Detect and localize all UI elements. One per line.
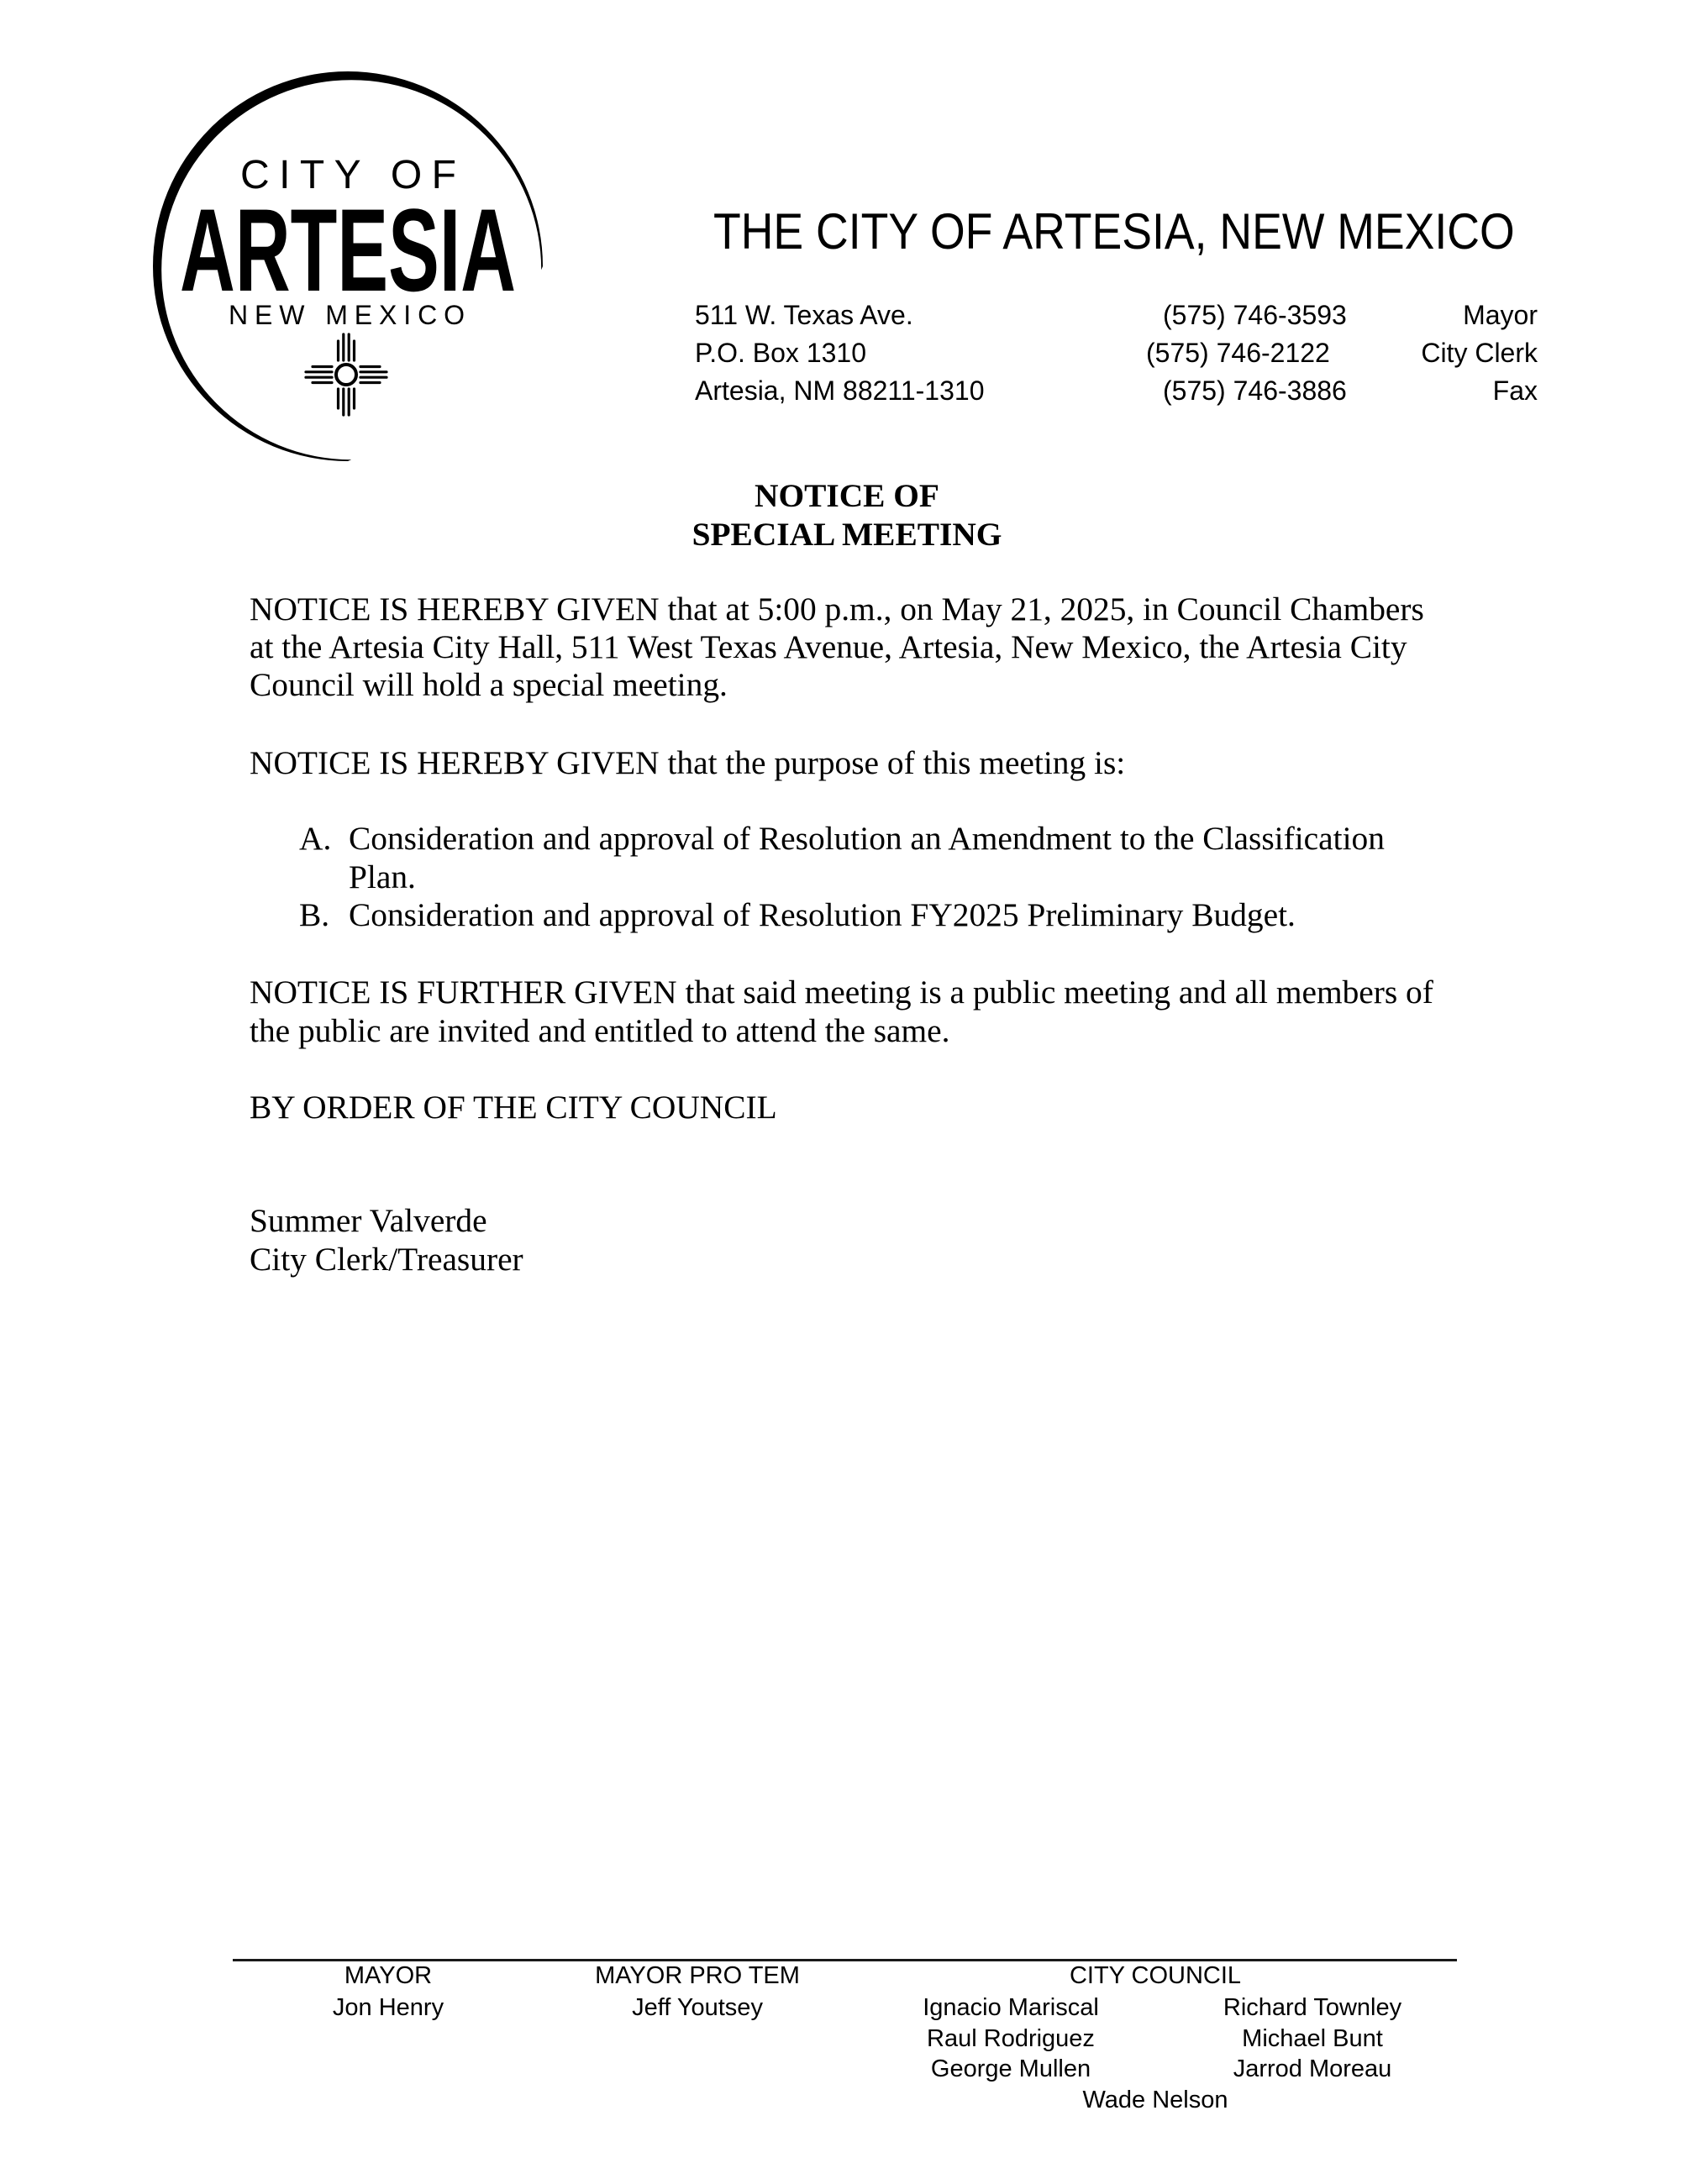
phone-label: Fax — [1421, 372, 1538, 410]
city-logo: CITY OF ARTESIA NEW MEXICO — [0, 0, 588, 504]
heading-line: NOTICE OF — [0, 476, 1688, 515]
order-statement: BY ORDER OF THE CITY COUNCIL — [250, 1089, 777, 1126]
phone-label: Mayor — [1421, 297, 1538, 334]
logo-new-mexico: NEW MEXICO — [229, 300, 465, 330]
phone-mayor: (575) 746-3593 — [1163, 297, 1347, 334]
document-page: CITY OF ARTESIA NEW MEXICO — [0, 0, 1688, 2184]
notice-paragraph-time-place: NOTICE IS HEREBY GIVEN that at 5:00 p.m.… — [250, 591, 1424, 704]
zia-sun-icon — [306, 334, 387, 415]
official-name: Richard Townley — [1128, 1992, 1497, 2024]
official-name: Jarrod Moreau — [1128, 2054, 1497, 2085]
address-line: 511 W. Texas Ave. — [695, 297, 984, 334]
logo-artesia: ARTESIA — [180, 184, 516, 316]
paragraph-line: at the Artesia City Hall, 511 West Texas… — [250, 628, 1424, 666]
footer-council-last: Wade Nelson — [970, 2085, 1340, 2116]
paragraph-line: Council will hold a special meeting. — [250, 666, 1424, 704]
notice-paragraph-public: NOTICE IS FURTHER GIVEN that said meetin… — [250, 973, 1433, 1050]
list-marker: A. — [299, 820, 331, 858]
address-block: 511 W. Texas Ave. P.O. Box 1310 Artesia,… — [695, 297, 984, 410]
official-name: Wade Nelson — [970, 2085, 1340, 2116]
phone-labels: Mayor City Clerk Fax — [1421, 297, 1538, 410]
letterhead-title: THE CITY OF ARTESIA, NEW MEXICO — [713, 207, 1515, 257]
footer-mayor-pro-tem-heading: MAYOR PRO TEM — [513, 1961, 882, 1992]
footer-council-column-2: Richard Townley Michael Bunt Jarrod More… — [1128, 1992, 1497, 2085]
list-item-text: Consideration and approval of Resolution… — [349, 820, 1385, 858]
heading-line: SPECIAL MEETING — [0, 515, 1688, 554]
address-line: P.O. Box 1310 — [695, 334, 984, 372]
signatory-name: Summer Valverde — [250, 1201, 523, 1240]
list-item-text: Consideration and approval of Resolution… — [349, 896, 1296, 935]
list-marker: B. — [299, 896, 329, 935]
signature-block: Summer Valverde City Clerk/Treasurer — [250, 1201, 523, 1278]
paragraph-line: NOTICE IS HEREBY GIVEN that at 5:00 p.m.… — [250, 591, 1424, 628]
address-line: Artesia, NM 88211-1310 — [695, 372, 984, 410]
notice-paragraph-purpose: NOTICE IS HEREBY GIVEN that the purpose … — [250, 744, 1125, 782]
phone-city-clerk: (575) 746-2122 — [1146, 334, 1330, 372]
footer-city-council-heading: CITY COUNCIL — [970, 1961, 1340, 1992]
paragraph-line: NOTICE IS FURTHER GIVEN that said meetin… — [250, 973, 1433, 1011]
official-name: Michael Bunt — [1128, 2024, 1497, 2055]
list-item-text: Plan. — [349, 858, 416, 897]
phone-fax: (575) 746-3886 — [1163, 372, 1347, 410]
phone-block: (575) 746-3593 (575) 746-2122 (575) 746-… — [0, 297, 184, 410]
paragraph-line: the public are invited and entitled to a… — [250, 1011, 1433, 1050]
notice-heading: NOTICE OF SPECIAL MEETING — [0, 476, 1688, 554]
signatory-title: City Clerk/Treasurer — [250, 1240, 523, 1278]
phone-label: City Clerk — [1421, 334, 1538, 372]
